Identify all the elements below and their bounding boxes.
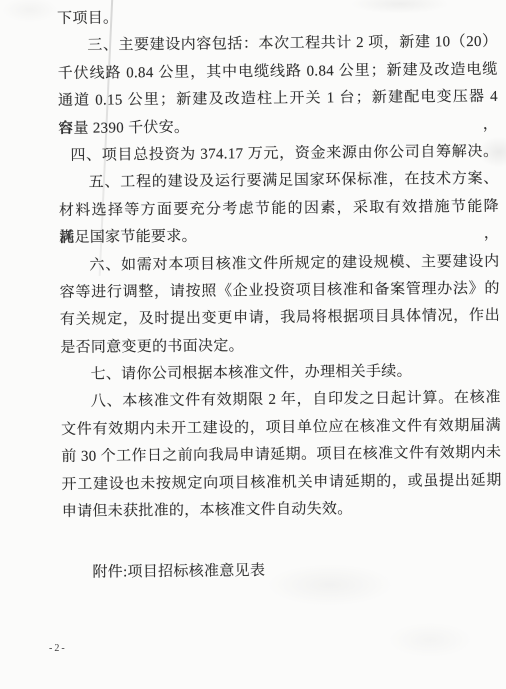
document-line: 八、本核准文件有效期限 2 年，自印发之日起计算。在核准 [61, 385, 501, 417]
document-line: 下项目。 [57, 2, 497, 34]
attachment-line: 附件:项目招标核准意见表 [62, 556, 502, 588]
document-line: 四、项目总投资为 374.17 万元，资金来源由你公司自筹解决。 [58, 139, 498, 171]
document-line: 前 30 个工作日之前向我局申请延期。项目在核准文件有效期内未 [61, 440, 501, 472]
document-line: 容等进行调整，请按照《企业投资项目核准和备案管理办法》的 [60, 276, 500, 308]
document-line: 五、工程的建设及运行要满足国家环保标准，在技术方案、 [59, 166, 499, 198]
document-line: 七、请你公司根据本核准文件，办理相关手续。 [60, 358, 500, 390]
document-line: 材料选择等方面要充分考虑节能的因素，采取有效措施节能降耗， [59, 194, 499, 226]
document-line: 六、如需对本项目核准文件所规定的建设规模、主要建设内 [59, 248, 499, 280]
document-line: 是否同意变更的书面决定。 [60, 330, 500, 362]
document-line: 千伏线路 0.84 公里，其中电缆线路 0.84 公里；新建及改造电缆 [58, 57, 498, 89]
document-page: 下项目。 三、主要建设内容包括：本次工程共计 2 项，新建 10（20） 千伏线… [0, 0, 506, 689]
document-line: 三、主要建设内容包括：本次工程共计 2 项，新建 10（20） [57, 29, 497, 61]
document-line: 有关规定，及时提出变更申请，我局将根据项目具体情况，作出 [60, 303, 500, 335]
document-line: 通道 0.15 公里；新建及改造柱上开关 1 台；新建配电变压器 4 台， [58, 84, 498, 116]
document-line: 文件有效期内未开工建设的，项目单位应在核准文件有效期届满 [61, 413, 501, 445]
page-number: -2- [49, 643, 67, 654]
blank-line [62, 522, 502, 560]
body-text: 下项目。 三、主要建设内容包括：本次工程共计 2 项，新建 10（20） 千伏线… [57, 2, 503, 588]
document-line: 申请但未获批准的，本核准文件自动失效。 [62, 495, 502, 527]
document-line: 开工建设也未按规定向项目核准机关申请延期的，或虽提出延期 [61, 467, 501, 499]
